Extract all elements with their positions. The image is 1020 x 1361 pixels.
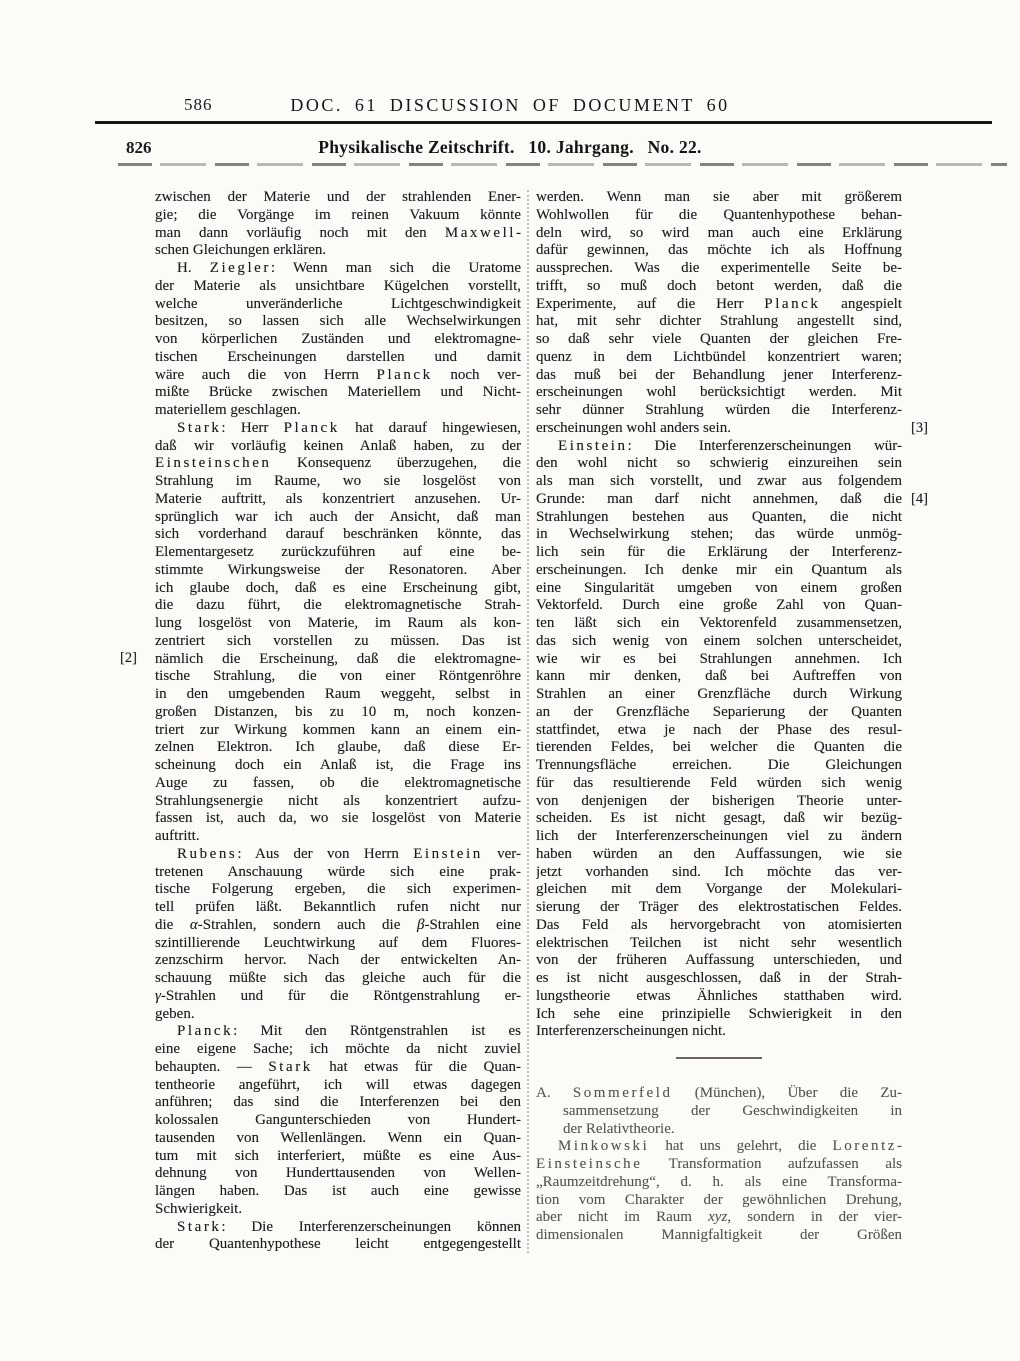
letterspaced-name: Einsteinsche	[536, 1156, 642, 1172]
text-run: Wohlwollen für die Quantenhypothese beha…	[536, 207, 902, 223]
text-run: Elementargesetz zurückzuführen auf eine …	[155, 544, 521, 560]
text-run: Konsequenz überzugehen, die	[271, 455, 521, 471]
text-run: zentriert sich vorstellen zu müssen. Das…	[155, 633, 521, 649]
text-line: erscheinungen wohl berücksichtigt werden…	[536, 384, 902, 402]
text-run: nämlich die Erscheinung, daß die elektro…	[155, 651, 521, 667]
text-line: die dazu führt, die elektromagnetische S…	[155, 597, 521, 615]
text-run: erscheinungen wohl berücksichtigt werden…	[536, 384, 902, 400]
text-run: der Materie als unsichtbare Kügelchen vo…	[155, 278, 521, 294]
text-line: Einsteinschen Konsequenz überzugehen, di…	[155, 455, 521, 473]
text-run: besitzen, so lassen sich alle Wechselwir…	[155, 313, 521, 329]
text-run: Trennungsfläche erreichen. Die Gleichung…	[536, 757, 902, 773]
text-line: zwischen der Materie und der strahlenden…	[155, 189, 521, 207]
text-run: Materie auftritt, als konzentriert anzus…	[155, 491, 521, 507]
letterspaced-name: Planck	[764, 296, 820, 312]
text-run: so daß sehr viele Quanten der gleichen F…	[536, 331, 902, 347]
text-run: von der früheren Auffassung unterschiede…	[536, 952, 902, 968]
text-run: tische Strahlung, die von einer Röntgenr…	[155, 668, 521, 684]
text-line: erscheinungen wohl anders sein.	[536, 420, 902, 438]
text-run: sich vorderhand darauf beschränken könnt…	[155, 526, 521, 542]
text-run: elektrischen Teilchen ist nicht sehr wes…	[536, 935, 902, 951]
text-line: man dann vorläufig noch mit den Maxwell-	[155, 225, 521, 243]
text-run: Das Feld als hervorgebracht von atomisie…	[536, 917, 902, 933]
text-line: daß wir vorläufig keinen Anlaß haben, zu…	[155, 438, 521, 456]
paragraph: Stark: Die Interferenzerscheinungen könn…	[155, 1219, 521, 1255]
text-run: auftritt.	[155, 828, 200, 844]
italic-text: α	[190, 917, 198, 933]
section-divider-rule	[676, 1057, 762, 1059]
text-line: elektrischen Teilchen ist nicht sehr wes…	[536, 935, 902, 953]
text-run: tierenden Feldes, bei welcher die Quante…	[536, 739, 902, 755]
paragraph: Rubens: Aus der von Herrn Einstein ver-t…	[155, 846, 521, 1024]
text-line: dimensionalen Mannigfaltigkeit der Größe…	[536, 1227, 902, 1245]
text-run: hat etwas für die Quan-	[313, 1059, 521, 1075]
paragraph: Minkowski hat uns gelehrt, die Lorentz-E…	[536, 1138, 902, 1245]
text-line: Stark: Die Interferenzerscheinungen könn…	[155, 1219, 521, 1237]
text-line: das muß bei der Behandlung jener Interfe…	[536, 367, 902, 385]
letterspaced-name: Stark	[177, 420, 221, 436]
text-run: tretenen Anschauung würde sich eine prak…	[155, 864, 521, 880]
text-line: behaupten. — Stark hat etwas für die Qua…	[155, 1059, 521, 1077]
text-line: sprünglich war ich auch der Ansicht, daß…	[155, 509, 521, 527]
text-run: jetzt vorhanden sind. Ich möchte das ver…	[536, 864, 902, 880]
text-line: als man sich vorstellt, und zwar aus fol…	[536, 473, 902, 491]
scanned-document-page: 586 DOC. 61 DISCUSSION OF DOCUMENT 60 82…	[0, 0, 1020, 1361]
text-run: dehnung von Hunderttausenden von Wellen-	[155, 1165, 521, 1181]
text-line: scheinung doch ein Anlaß ist, die Frage …	[155, 757, 521, 775]
text-line: an der Grenzfläche Separierung der Quant…	[536, 704, 902, 722]
text-run: A.	[536, 1085, 573, 1101]
text-line: lung losgelöst von Materie, im Raum als …	[155, 615, 521, 633]
book-header-row: 586 DOC. 61 DISCUSSION OF DOCUMENT 60	[0, 95, 1020, 117]
text-line: tierenden Feldes, bei welcher die Quante…	[536, 739, 902, 757]
text-run: scheiden. Es ist nicht gesagt, daß wir b…	[536, 810, 902, 826]
letterspaced-name: Planck	[284, 420, 340, 436]
text-run: das sich wenig von einem solchen untersc…	[536, 633, 902, 649]
text-line: gie; die Vorgänge im reinen Vakuum könnt…	[155, 207, 521, 225]
text-line: Materie auftritt, als konzentriert anzus…	[155, 491, 521, 509]
paragraph: zwischen der Materie und der strahlenden…	[155, 189, 521, 260]
text-line: die α-Strahlen, sondern auch die β-Strah…	[155, 917, 521, 935]
letterspaced-name: Stark	[177, 1219, 221, 1235]
italic-text: xyz	[708, 1209, 727, 1225]
letterspaced-name: Einstein	[558, 438, 628, 454]
text-line: tausenden von Wellenlängen. Wenn ein Qua…	[155, 1130, 521, 1148]
text-line: H. Ziegler: Wenn man sich die Uratome	[155, 260, 521, 278]
text-line: Strahlung im Raume, wo sie losgelöst von	[155, 473, 521, 491]
text-run: hat darauf hingewiesen,	[340, 420, 521, 436]
text-run: die	[155, 917, 190, 933]
text-run: Interferenzerscheinungen nicht.	[536, 1023, 726, 1039]
text-run: Strahlung im Raume, wo sie losgelöst von	[155, 473, 521, 489]
text-line: in Wechselwirkung stehen; das würde unmö…	[536, 526, 902, 544]
text-run: schauung müßte sich das gleiche auch für…	[155, 970, 521, 986]
text-run: deln wird, so wird man auch eine Erkläru…	[536, 225, 902, 241]
text-run: angespielt	[820, 296, 902, 312]
text-run: Ich sehe eine prinzipielle Schwierigkeit…	[536, 1006, 902, 1022]
text-line: tische Strahlung, die von einer Röntgenr…	[155, 668, 521, 686]
text-line: für das resultierende Feld würden sich w…	[536, 775, 902, 793]
text-line: aussprechen. Was die experimentelle Seit…	[536, 260, 902, 278]
text-line: fassen ist, auch da, wo sie losgelöst vo…	[155, 810, 521, 828]
text-run: tion vom Charakter der gewöhnlichen Dreh…	[536, 1192, 902, 1208]
text-line: großen Distanzen, bis zu 10 m, noch konz…	[155, 704, 521, 722]
text-line: besitzen, so lassen sich alle Wechselwir…	[155, 313, 521, 331]
text-run: (München), Über die Zu-	[673, 1085, 902, 1101]
text-run: wäre auch die von Herrn	[155, 367, 377, 383]
text-run: als man sich vorstellt, und zwar aus fol…	[536, 473, 902, 489]
text-run: zwischen der Materie und der strahlenden…	[155, 189, 521, 205]
text-line: Strahlungsenergie nicht als konzentriert…	[155, 793, 521, 811]
text-run: tentheorie angeführt, ich will etwas dag…	[155, 1077, 521, 1093]
text-run: -Strahlen eine	[424, 917, 521, 933]
journal-page-number: 826	[126, 138, 152, 158]
text-run: -Strahlen und für die Röntgenstrahlung e…	[161, 988, 521, 1004]
text-run: : Die Interferenzerscheinungen wür-	[628, 438, 902, 454]
text-run: daß wir vorläufig keinen Anlaß haben, zu…	[155, 438, 521, 454]
letterspaced-name: Sommerfeld	[573, 1085, 673, 1101]
text-line: kann mir denken, daß bei Auftreffen von	[536, 668, 902, 686]
text-run: triert zur Wirkung kommen kann an einem …	[155, 722, 521, 738]
text-line: A. Sommerfeld (München), Über die Zu-	[536, 1085, 902, 1103]
text-run: tische Folgerung ergeben, die sich exper…	[155, 881, 521, 897]
text-run: großen Distanzen, bis zu 10 m, noch konz…	[155, 704, 521, 720]
text-run: aussprechen. Was die experimentelle Seit…	[536, 260, 902, 276]
text-run: lich der Interferenzerscheinungen viel z…	[536, 828, 902, 844]
text-run: gleichen mit dem Vorgange der Molekulari…	[536, 881, 902, 897]
text-run: schen Gleichungen erklären.	[155, 242, 326, 258]
text-line: das sich wenig von einem solchen untersc…	[536, 633, 902, 651]
text-line: lungstheorie etwas Ähnliches statthaben …	[536, 988, 902, 1006]
text-run: eine eigene Sache; ich möchte da nicht z…	[155, 1041, 521, 1057]
margin-annotation: [3]	[911, 420, 928, 438]
text-run: Vektorfeld. Durch eine große Zahl von Qu…	[536, 597, 902, 613]
text-run: hat, mit sehr dichter Strahlung angestel…	[536, 313, 902, 329]
text-run: längen haben. Das ist auch eine gewisse	[155, 1183, 521, 1199]
text-line: aber nicht im Raum xyz, sondern in der v…	[536, 1209, 902, 1227]
letterspaced-name: Rubens	[177, 846, 237, 862]
text-line: γ-Strahlen und für die Röntgenstrahlung …	[155, 988, 521, 1006]
book-page-number: 586	[184, 95, 213, 115]
text-run: von denjenigen der bisherigen Theorie un…	[536, 793, 902, 809]
text-line: tum mit sich interferiert, müßte es eine…	[155, 1148, 521, 1166]
text-run: ten läßt sich ein Vektorenfeld zusammens…	[536, 615, 902, 631]
text-line: geben.	[155, 1006, 521, 1024]
letterspaced-name: Einsteinschen	[155, 455, 271, 471]
text-run: tischen Erscheinungen darstellen und dam…	[155, 349, 521, 365]
text-line: Vektorfeld. Durch eine große Zahl von Qu…	[536, 597, 902, 615]
paragraph: A. Sommerfeld (München), Über die Zu-sam…	[536, 1085, 902, 1138]
text-run: lich sein für die Erklärung der Interfer…	[536, 544, 902, 560]
text-line: „Raumzeitdrehung“, d. h. als eine Transf…	[536, 1174, 902, 1192]
scan-artifact-rule	[118, 163, 1007, 166]
text-line: schauung müßte sich das gleiche auch für…	[155, 970, 521, 988]
text-run: werden. Wenn man sie aber mit größerem	[536, 189, 902, 205]
text-line: tretenen Anschauung würde sich eine prak…	[155, 864, 521, 882]
text-run: in den umgebenden Raum weggeht, selbst i…	[155, 686, 521, 702]
text-line: der Quantenhypothese leicht entgegengest…	[155, 1236, 521, 1254]
text-line: scheiden. Es ist nicht gesagt, daß wir b…	[536, 810, 902, 828]
text-line: es ist nicht ausgeschlossen, daß in der …	[536, 970, 902, 988]
text-run: Experimente, auf die Herr	[536, 296, 764, 312]
text-line: deln wird, so wird man auch eine Erkläru…	[536, 225, 902, 243]
text-line: anführen; das sind die Interferenzen bei…	[155, 1094, 521, 1112]
letterspaced-name: Planck	[377, 367, 433, 383]
text-run: Strahlen an einer Grenzfläche durch Wirk…	[536, 686, 902, 702]
text-line: sierung der Träger des elektrostatischen…	[536, 899, 902, 917]
text-run: das muß bei der Behandlung jener Interfe…	[536, 367, 902, 383]
text-line: wäre auch die von Herrn Planck noch ver-	[155, 367, 521, 385]
text-line: Minkowski hat uns gelehrt, die Lorentz-	[536, 1138, 902, 1156]
margin-annotation: [2]	[120, 650, 137, 668]
text-line: materiellem geschlagen.	[155, 402, 521, 420]
text-run: -	[897, 1138, 902, 1154]
text-run: „Raumzeitdrehung“, d. h. als eine Transf…	[536, 1174, 902, 1190]
text-run: den wohl nicht so schwierig einzureihen …	[536, 455, 902, 471]
text-run: erscheinungen wohl anders sein.	[536, 420, 731, 436]
text-run: ver-	[483, 846, 521, 862]
journal-masthead: Physikalische Zeitschrift. 10. Jahrgang.…	[0, 137, 1020, 158]
left-text-column: zwischen der Materie und der strahlenden…	[155, 189, 521, 1254]
text-line: so daß sehr viele Quanten der gleichen F…	[536, 331, 902, 349]
letterspaced-name: Ziegler	[210, 260, 271, 276]
text-line: längen haben. Das ist auch eine gewisse	[155, 1183, 521, 1201]
text-run: haben würden an den Auffassungen, wie si…	[536, 846, 902, 862]
text-line: zelnen Elektron. Ich glaube, daß diese E…	[155, 739, 521, 757]
text-line: Planck: Mit den Röntgenstrahlen ist es	[155, 1023, 521, 1041]
text-line: welche unveränderliche Lichtgeschwindigk…	[155, 296, 521, 314]
text-line: von der früheren Auffassung unterschiede…	[536, 952, 902, 970]
text-run: tausenden von Wellenlängen. Wenn ein Qua…	[155, 1130, 521, 1146]
text-run: lungstheorie etwas Ähnliches statthaben …	[536, 988, 902, 1004]
text-line: zentriert sich vorstellen zu müssen. Das…	[155, 633, 521, 651]
text-line: Trennungsfläche erreichen. Die Gleichung…	[536, 757, 902, 775]
text-run: sprünglich war ich auch der Ansicht, daß…	[155, 509, 521, 525]
text-run: aber nicht im Raum	[536, 1209, 708, 1225]
paragraph: Einstein: Die Interferenzerscheinungen w…	[536, 438, 902, 1042]
text-run: der Quantenhypothese leicht entgegengest…	[155, 1236, 521, 1252]
text-line: mißte Brücke zwischen Materiellem und Ni…	[155, 384, 521, 402]
text-run: es ist nicht ausgeschlossen, daß in der …	[536, 970, 902, 986]
text-line: Strahlungen bestehen aus Quanten, die ni…	[536, 509, 902, 527]
text-run: stattfindet, etwa je nach der Phase des …	[536, 722, 902, 738]
paragraph: Stark: Herr Planck hat darauf hingewiese…	[155, 420, 521, 846]
text-line: Strahlen an einer Grenzfläche durch Wirk…	[536, 686, 902, 704]
header-rule	[95, 121, 992, 124]
column-divider-line	[527, 190, 529, 1253]
text-run: gie; die Vorgänge im reinen Vakuum könnt…	[155, 207, 521, 223]
text-line: nämlich die Erscheinung, daß die elektro…	[155, 651, 521, 669]
text-run: eine Singularität umgeben von einem groß…	[536, 580, 902, 596]
paragraph: Planck: Mit den Röntgenstrahlen ist esei…	[155, 1023, 521, 1218]
text-line: eine Singularität umgeben von einem groß…	[536, 580, 902, 598]
text-line: Stark: Herr Planck hat darauf hingewiese…	[155, 420, 521, 438]
text-line: Interferenzerscheinungen nicht.	[536, 1023, 902, 1041]
text-run: tum mit sich interferiert, müßte es eine…	[155, 1148, 521, 1164]
letterspaced-name: Minkowski	[558, 1138, 649, 1154]
text-run: : Herr	[221, 420, 283, 436]
letterspaced-name: Planck	[177, 1023, 233, 1039]
text-line: eine eigene Sache; ich möchte da nicht z…	[155, 1041, 521, 1059]
text-line: Einstein: Die Interferenzerscheinungen w…	[536, 438, 902, 456]
text-run: zenzschirm hervor. Nach der entwickelten…	[155, 952, 521, 968]
text-line: Ich sehe eine prinzipielle Schwierigkeit…	[536, 1006, 902, 1024]
text-run: noch ver-	[433, 367, 521, 383]
text-run: scheinung doch ein Anlaß ist, die Frage …	[155, 757, 521, 773]
letterspaced-name: Einstein	[413, 846, 483, 862]
text-line: der Relativtheorie.	[536, 1121, 902, 1139]
text-run: sierung der Träger des elektrostatischen…	[536, 899, 902, 915]
text-run: der Relativtheorie.	[563, 1121, 675, 1137]
text-run: : Wenn man sich die Uratome	[271, 260, 521, 276]
text-run: stimmte Wirkungsweise der Resonatoren. A…	[155, 562, 521, 578]
text-line: tische Folgerung ergeben, die sich exper…	[155, 881, 521, 899]
text-run: Strahlungsenergie nicht als konzentriert…	[155, 793, 521, 809]
text-line: tell prüfen läßt. Bekanntlich rufen nich…	[155, 899, 521, 917]
text-line: erscheinungen. Ich denke mir ein Quantum…	[536, 562, 902, 580]
text-line: ten läßt sich ein Vektorenfeld zusammens…	[536, 615, 902, 633]
text-run: kolossalen Gangunterschieden von Hundert…	[155, 1112, 521, 1128]
text-run: Auge zu fassen, ob die elektromagnetisch…	[155, 775, 521, 791]
text-run: mißte Brücke zwischen Materiellem und Ni…	[155, 384, 521, 400]
text-line: tion vom Charakter der gewöhnlichen Dreh…	[536, 1192, 902, 1210]
text-line: den wohl nicht so schwierig einzureihen …	[536, 455, 902, 473]
text-run: materiellem geschlagen.	[155, 402, 301, 418]
text-line: Wohlwollen für die Quantenhypothese beha…	[536, 207, 902, 225]
text-run: welche unveränderliche Lichtgeschwindigk…	[155, 296, 521, 312]
right-text-column: werden. Wenn man sie aber mit größeremWo…	[536, 189, 902, 1245]
margin-annotation: [4]	[911, 491, 928, 509]
text-run: ich glaube doch, daß es eine Erscheinung…	[155, 580, 521, 596]
text-line: hat, mit sehr dichter Strahlung angestel…	[536, 313, 902, 331]
text-line: kolossalen Gangunterschieden von Hundert…	[155, 1112, 521, 1130]
text-line: Elementargesetz zurückzuführen auf eine …	[155, 544, 521, 562]
text-line: sammensetzung der Geschwindigkeiten in	[536, 1103, 902, 1121]
text-line: stattfindet, etwa je nach der Phase des …	[536, 722, 902, 740]
text-line: Einsteinsche Transformation aufzufassen …	[536, 1156, 902, 1174]
text-run: die dazu führt, die elektromagnetische S…	[155, 597, 521, 613]
text-run: von körperlichen Zuständen und elektroma…	[155, 331, 521, 347]
text-line: dafür gewinnen, das möchte ich als Hoffn…	[536, 242, 902, 260]
text-run: Strahlungen bestehen aus Quanten, die ni…	[536, 509, 902, 525]
text-run: erscheinungen. Ich denke mir ein Quantum…	[536, 562, 902, 578]
text-run: zelnen Elektron. Ich glaube, daß diese E…	[155, 739, 521, 755]
text-run: : Mit den Röntgenstrahlen ist es	[233, 1023, 521, 1039]
text-line: ich glaube doch, daß es eine Erscheinung…	[155, 580, 521, 598]
text-line: lich sein für die Erklärung der Interfer…	[536, 544, 902, 562]
text-line: gleichen mit dem Vorgange der Molekulari…	[536, 881, 902, 899]
text-line: von denjenigen der bisherigen Theorie un…	[536, 793, 902, 811]
text-line: Grunde: man darf nicht annehmen, daß die	[536, 491, 902, 509]
text-line: dehnung von Hunderttausenden von Wellen-	[155, 1165, 521, 1183]
text-line: Das Feld als hervorgebracht von atomisie…	[536, 917, 902, 935]
text-run: behaupten. —	[155, 1059, 268, 1075]
text-run: , sondern in der vier-	[727, 1209, 902, 1225]
text-line: tentheorie angeführt, ich will etwas dag…	[155, 1077, 521, 1095]
text-line: auftritt.	[155, 828, 521, 846]
text-run: quenz in dem Lichtbündel konzentriert wa…	[536, 349, 902, 365]
text-run: geben.	[155, 1006, 195, 1022]
book-running-title: DOC. 61 DISCUSSION OF DOCUMENT 60	[0, 95, 1020, 116]
text-line: sehr dünner Strahlung würden die Interfe…	[536, 402, 902, 420]
text-run: sehr dünner Strahlung würden die Interfe…	[536, 402, 902, 418]
text-run: hat uns gelehrt, die	[649, 1138, 832, 1154]
text-line: trifft, so muß doch betont werden, daß d…	[536, 278, 902, 296]
text-run: H.	[177, 260, 210, 276]
text-line: haben würden an den Auffassungen, wie si…	[536, 846, 902, 864]
text-run: lung losgelöst von Materie, im Raum als …	[155, 615, 521, 631]
text-line: tischen Erscheinungen darstellen und dam…	[155, 349, 521, 367]
text-line: Experimente, auf die Herr Planck angespi…	[536, 296, 902, 314]
text-line: wie wir es bei Strahlungen annehmen. Ich	[536, 651, 902, 669]
text-line: lich der Interferenzerscheinungen viel z…	[536, 828, 902, 846]
text-run: : Die Interferenzerscheinungen können	[221, 1219, 521, 1235]
text-run: Transformation aufzufassen als	[642, 1156, 902, 1172]
paragraph: werden. Wenn man sie aber mit größeremWo…	[536, 189, 902, 438]
text-line: der Materie als unsichtbare Kügelchen vo…	[155, 278, 521, 296]
letterspaced-name: Maxwell	[445, 225, 516, 241]
text-line: stimmte Wirkungsweise der Resonatoren. A…	[155, 562, 521, 580]
text-run: dafür gewinnen, das möchte ich als Hoffn…	[536, 242, 902, 258]
text-line: von körperlichen Zuständen und elektroma…	[155, 331, 521, 349]
text-line: Rubens: Aus der von Herrn Einstein ver-	[155, 846, 521, 864]
text-line: szintillierende Leuchtwirkung auf dem Fl…	[155, 935, 521, 953]
text-run: Grunde: man darf nicht annehmen, daß die	[536, 491, 902, 507]
text-run: : Aus der von Herrn	[237, 846, 413, 862]
text-run: trifft, so muß doch betont werden, daß d…	[536, 278, 902, 294]
text-run: fassen ist, auch da, wo sie losgelöst vo…	[155, 810, 521, 826]
journal-header-row: 826 Physikalische Zeitschrift. 10. Jahrg…	[0, 137, 1020, 159]
text-run: anführen; das sind die Interferenzen bei…	[155, 1094, 521, 1110]
text-run: dimensionalen Mannigfaltigkeit der Größe…	[536, 1227, 902, 1243]
text-run: -Strahlen, sondern auch die	[198, 917, 417, 933]
text-run: Schwierigkeit.	[155, 1201, 242, 1217]
paragraph: H. Ziegler: Wenn man sich die Uratomeder…	[155, 260, 521, 420]
text-line: jetzt vorhanden sind. Ich möchte das ver…	[536, 864, 902, 882]
text-run: sammensetzung der Geschwindigkeiten in	[563, 1103, 902, 1119]
text-run: in Wechselwirkung stehen; das würde unmö…	[536, 526, 902, 542]
text-line: triert zur Wirkung kommen kann an einem …	[155, 722, 521, 740]
text-run: -	[516, 225, 521, 241]
text-run: für das resultierende Feld würden sich w…	[536, 775, 902, 791]
text-run: kann mir denken, daß bei Auftreffen von	[536, 668, 902, 684]
text-line: sich vorderhand darauf beschränken könnt…	[155, 526, 521, 544]
letterspaced-name: Stark	[268, 1059, 312, 1075]
text-line: werden. Wenn man sie aber mit größerem	[536, 189, 902, 207]
text-line: Auge zu fassen, ob die elektromagnetisch…	[155, 775, 521, 793]
text-line: quenz in dem Lichtbündel konzentriert wa…	[536, 349, 902, 367]
text-run: szintillierende Leuchtwirkung auf dem Fl…	[155, 935, 521, 951]
letterspaced-name: Lorentz	[833, 1138, 898, 1154]
text-line: Schwierigkeit.	[155, 1201, 521, 1219]
text-run: an der Grenzfläche Separierung der Quant…	[536, 704, 902, 720]
text-line: zenzschirm hervor. Nach der entwickelten…	[155, 952, 521, 970]
text-run: man dann vorläufig noch mit den	[155, 225, 445, 241]
text-line: schen Gleichungen erklären.	[155, 242, 521, 260]
text-line: in den umgebenden Raum weggeht, selbst i…	[155, 686, 521, 704]
text-run: wie wir es bei Strahlungen annehmen. Ich	[536, 651, 902, 667]
text-run: tell prüfen läßt. Bekanntlich rufen nich…	[155, 899, 521, 915]
